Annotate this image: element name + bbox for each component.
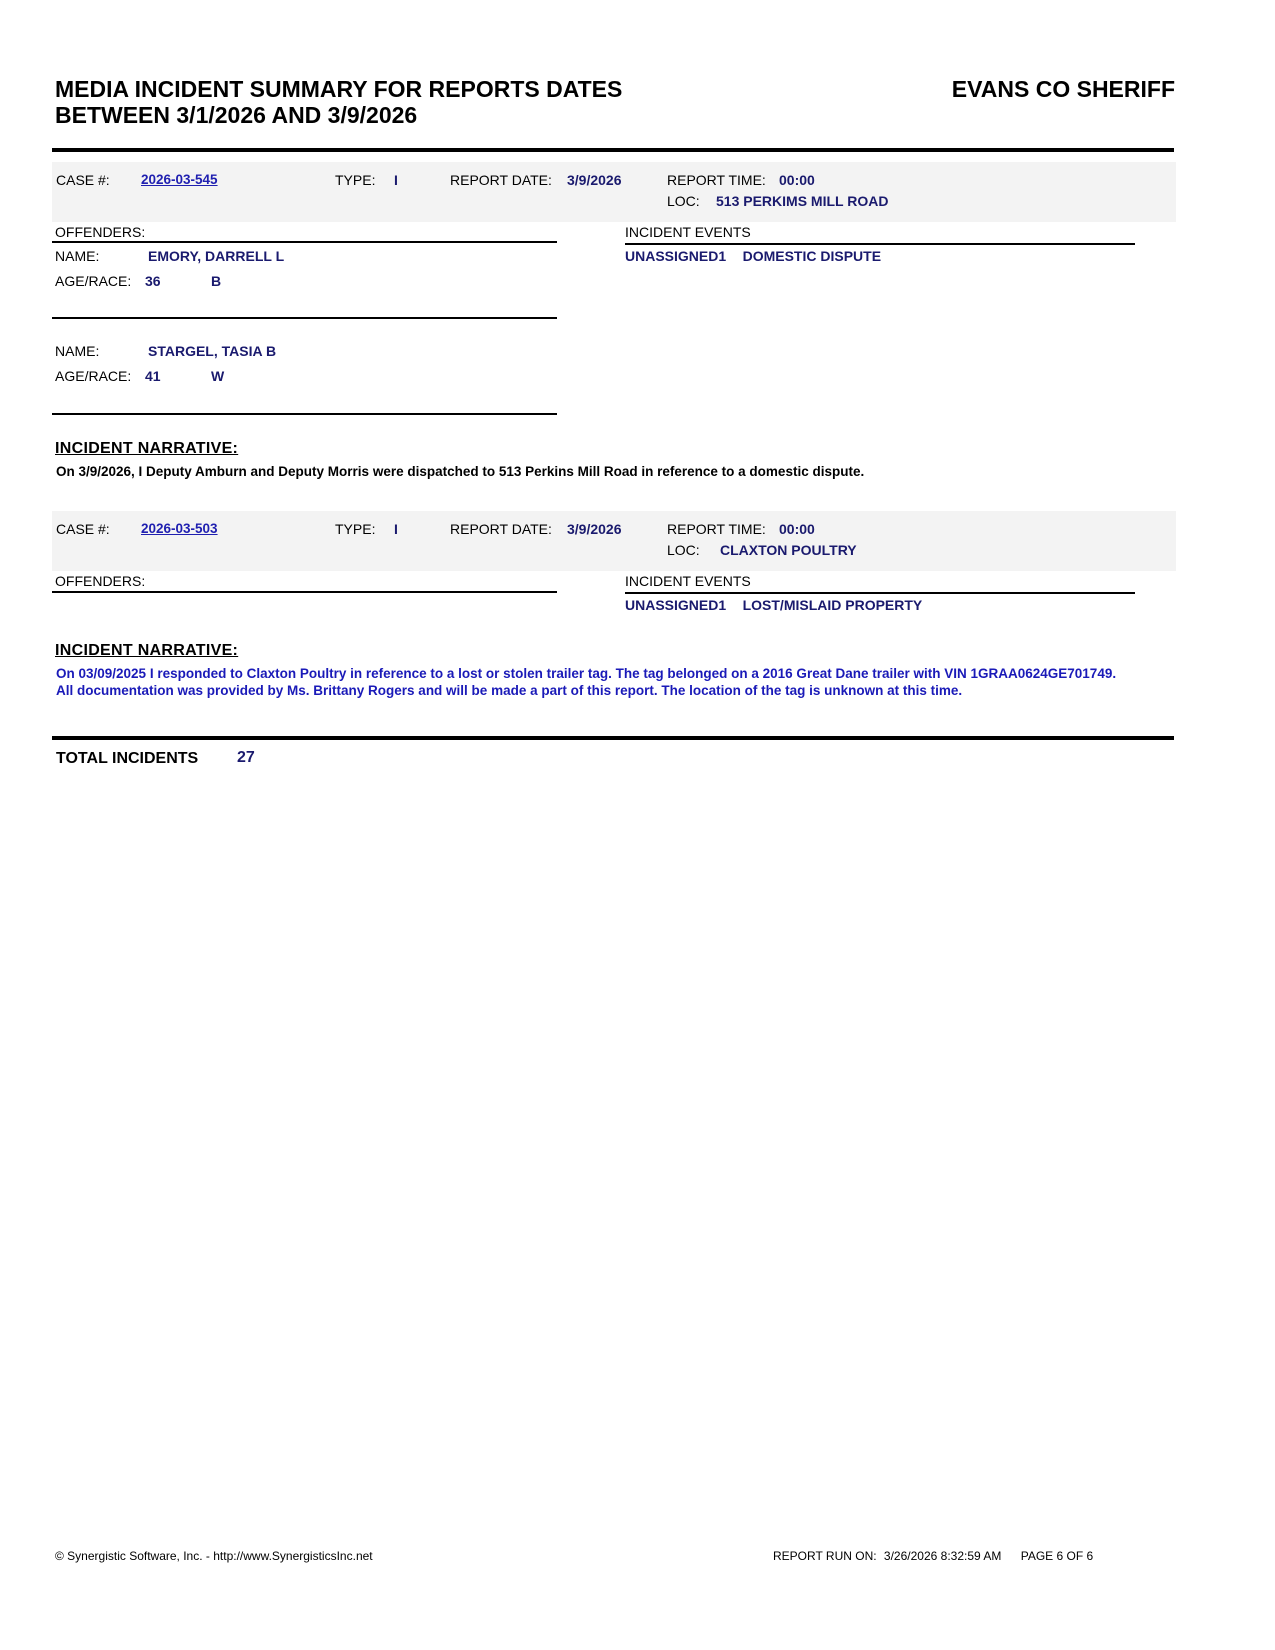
case-number-link[interactable]: 2026-03-545 [141, 172, 218, 187]
offender-race: W [211, 368, 224, 384]
total-incidents-value: 27 [237, 749, 255, 767]
report-time-label: REPORT TIME: [667, 521, 766, 537]
narrative-heading: INCIDENT NARRATIVE: [55, 642, 238, 660]
incident-header-band [52, 511, 1176, 571]
offenders-heading: OFFENDERS: [55, 224, 145, 240]
totals-divider [52, 736, 1174, 740]
age-race-label: AGE/RACE: [55, 368, 131, 384]
offenders-heading: OFFENDERS: [55, 573, 145, 589]
location-label: LOC: [667, 542, 700, 558]
age-race-label: AGE/RACE: [55, 273, 131, 289]
offender-name: EMORY, DARRELL L [148, 248, 284, 264]
report-date-label: REPORT DATE: [450, 172, 552, 188]
offender-age: 36 [145, 273, 161, 289]
location-value: 513 PERKIMS MILL ROAD [716, 193, 888, 209]
report-date-label: REPORT DATE: [450, 521, 552, 537]
narrative-heading: INCIDENT NARRATIVE: [55, 440, 238, 458]
report-date-value: 3/9/2026 [567, 172, 622, 188]
report-run-info: REPORT RUN ON: 3/26/2026 8:32:59 AM PAGE… [773, 1549, 1093, 1563]
location-label: LOC: [667, 193, 700, 209]
report-run-label: REPORT RUN ON: [773, 1549, 877, 1563]
case-number-link[interactable]: 2026-03-503 [141, 521, 218, 536]
report-time-label: REPORT TIME: [667, 172, 766, 188]
total-incidents-label: TOTAL INCIDENTS [56, 750, 198, 768]
offender-age: 41 [145, 368, 161, 384]
name-label: NAME: [55, 343, 99, 359]
incident-narrative: On 03/09/2025 I responded to Claxton Pou… [56, 666, 1136, 699]
offender-divider [52, 317, 557, 319]
page-indicator: PAGE 6 OF 6 [1021, 1549, 1093, 1563]
report-title: MEDIA INCIDENT SUMMARY FOR REPORTS DATES… [55, 76, 775, 128]
incident-event: UNASSIGNED1 DOMESTIC DISPUTE [625, 248, 881, 266]
offender-name: STARGEL, TASIA B [148, 343, 276, 359]
event-description: LOST/MISLAID PROPERTY [743, 597, 923, 613]
report-run-value: 3/26/2026 8:32:59 AM [884, 1549, 1001, 1563]
type-value: I [394, 521, 398, 537]
type-value: I [394, 172, 398, 188]
offender-race: B [211, 273, 221, 289]
incident-header-band [52, 162, 1176, 222]
header-divider [52, 148, 1174, 152]
event-code: UNASSIGNED1 [625, 597, 726, 613]
report-title-line2: BETWEEN 3/1/2026 AND 3/9/2026 [55, 102, 775, 128]
incident-narrative: On 3/9/2026, I Deputy Amburn and Deputy … [56, 464, 1156, 480]
location-value: CLAXTON POULTRY [720, 542, 857, 558]
events-divider [625, 243, 1135, 245]
report-time-value: 00:00 [779, 521, 815, 537]
report-date-value: 3/9/2026 [567, 521, 622, 537]
incident-event: UNASSIGNED1 LOST/MISLAID PROPERTY [625, 597, 922, 615]
incident-events-heading: INCIDENT EVENTS [625, 224, 751, 240]
offender-divider [52, 413, 557, 415]
incident-events-heading: INCIDENT EVENTS [625, 573, 751, 589]
report-time-value: 00:00 [779, 172, 815, 188]
type-label: TYPE: [335, 172, 375, 188]
report-title-line1: MEDIA INCIDENT SUMMARY FOR REPORTS DATES [55, 76, 775, 102]
copyright-text: © Synergistic Software, Inc. - http://ww… [55, 1549, 373, 1563]
type-label: TYPE: [335, 521, 375, 537]
case-label: CASE #: [56, 521, 110, 537]
case-label: CASE #: [56, 172, 110, 188]
event-code: UNASSIGNED1 [625, 248, 726, 264]
event-description: DOMESTIC DISPUTE [743, 248, 881, 264]
name-label: NAME: [55, 248, 99, 264]
agency-name: EVANS CO SHERIFF [952, 76, 1175, 102]
events-divider [625, 592, 1135, 594]
offenders-divider [52, 591, 557, 593]
offenders-divider [52, 241, 557, 243]
